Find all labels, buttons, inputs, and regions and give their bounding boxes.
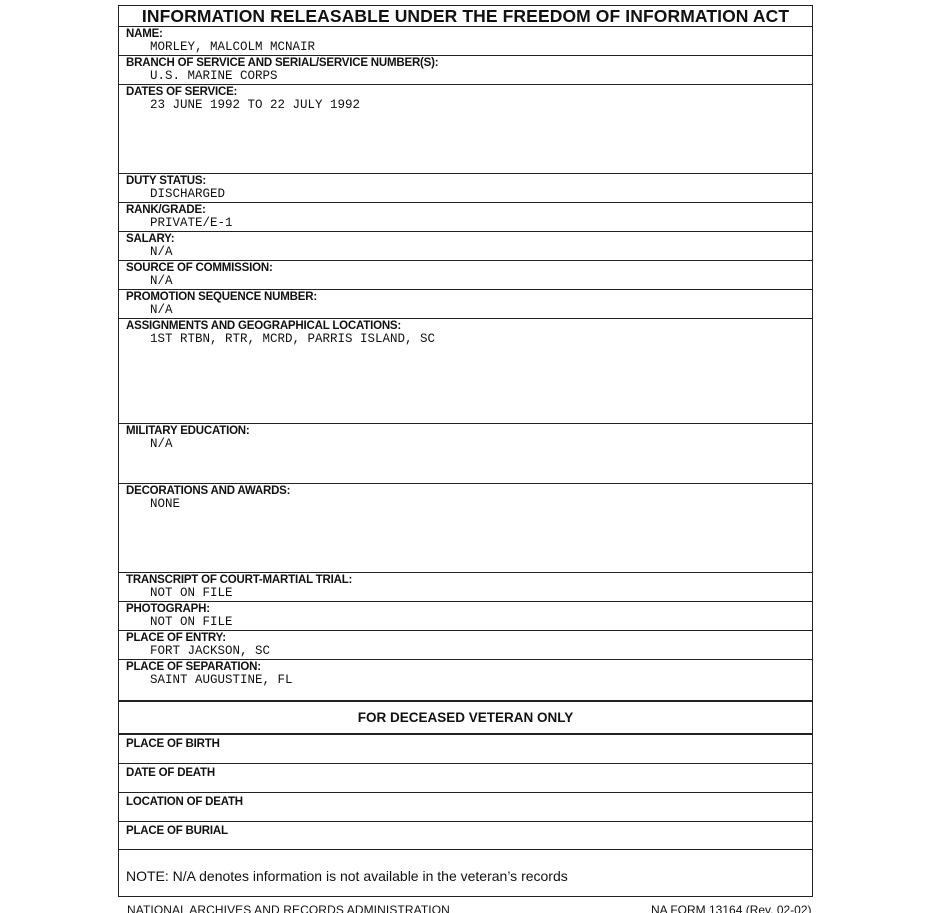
field-date-of-death: DATE OF DEATH (119, 764, 812, 793)
field-decorations-and-awards: DECORATIONS AND AWARDS: NONE (119, 484, 812, 573)
foia-release-form: INFORMATION RELEASABLE UNDER THE FREEDOM… (118, 5, 813, 897)
field-assignments: ASSIGNMENTS AND GEOGRAPHICAL LOCATIONS: … (119, 319, 812, 424)
field-location-of-death: LOCATION OF DEATH (119, 793, 812, 822)
field-label: NAME: (126, 28, 163, 40)
field-value: PRIVATE/E-1 (150, 216, 233, 230)
field-value: SAINT AUGUSTINE, FL (150, 673, 293, 687)
field-source-of-commission: SOURCE OF COMMISSION: N/A (119, 261, 812, 290)
field-value: NOT ON FILE (150, 586, 233, 600)
field-label: PLACE OF BURIAL (126, 825, 228, 837)
field-value: N/A (150, 437, 173, 451)
field-value: NONE (150, 497, 180, 511)
field-label: PLACE OF BIRTH (126, 738, 220, 750)
deceased-section-heading: FOR DECEASED VETERAN ONLY (119, 702, 812, 735)
field-place-of-birth: PLACE OF BIRTH (119, 735, 812, 764)
field-rank-grade: RANK/GRADE: PRIVATE/E-1 (119, 203, 812, 232)
field-label: RANK/GRADE: (126, 204, 206, 216)
field-label: DUTY STATUS: (126, 175, 206, 187)
field-promotion-sequence-number: PROMOTION SEQUENCE NUMBER: N/A (119, 290, 812, 319)
field-value: N/A (150, 303, 173, 317)
field-value: U.S. MARINE CORPS (150, 69, 278, 83)
field-place-of-burial: PLACE OF BURIAL (119, 822, 812, 850)
field-label: SOURCE OF COMMISSION: (126, 262, 273, 274)
form-title: INFORMATION RELEASABLE UNDER THE FREEDOM… (119, 6, 812, 27)
footer-form-id: NA FORM 13164 (Rev. 02-02) (651, 903, 812, 913)
footer-agency: NATIONAL ARCHIVES AND RECORDS ADMINISTRA… (127, 903, 450, 913)
field-value: N/A (150, 274, 173, 288)
field-place-of-entry: PLACE OF ENTRY: FORT JACKSON, SC (119, 631, 812, 660)
field-duty-status: DUTY STATUS: DISCHARGED (119, 174, 812, 203)
field-place-of-separation: PLACE OF SEPARATION: SAINT AUGUSTINE, FL (119, 660, 812, 702)
field-value: FORT JACKSON, SC (150, 644, 270, 658)
field-label: DECORATIONS AND AWARDS: (126, 485, 290, 497)
field-label: DATE OF DEATH (126, 767, 215, 779)
field-dates-of-service: DATES OF SERVICE: 23 JUNE 1992 TO 22 JUL… (119, 85, 812, 174)
field-value: N/A (150, 245, 173, 259)
field-label: PLACE OF ENTRY: (126, 632, 226, 644)
field-value: DISCHARGED (150, 187, 225, 201)
field-label: MILITARY EDUCATION: (126, 425, 250, 437)
field-label: BRANCH OF SERVICE AND SERIAL/SERVICE NUM… (126, 57, 438, 69)
field-label: DATES OF SERVICE: (126, 86, 237, 98)
field-label: LOCATION OF DEATH (126, 796, 243, 808)
field-label: TRANSCRIPT OF COURT-MARTIAL TRIAL: (126, 574, 352, 586)
field-label: PROMOTION SEQUENCE NUMBER: (126, 291, 317, 303)
note-section: NOTE: N/A denotes information is not ava… (119, 850, 812, 898)
field-military-education: MILITARY EDUCATION: N/A (119, 424, 812, 484)
field-label: SALARY: (126, 233, 174, 245)
field-label: PHOTOGRAPH: (126, 603, 210, 615)
field-label: ASSIGNMENTS AND GEOGRAPHICAL LOCATIONS: (126, 320, 401, 332)
field-salary: SALARY: N/A (119, 232, 812, 261)
field-name: NAME: MORLEY, MALCOLM MCNAIR (119, 27, 812, 56)
field-photograph: PHOTOGRAPH: NOT ON FILE (119, 602, 812, 631)
field-court-martial-transcript: TRANSCRIPT OF COURT-MARTIAL TRIAL: NOT O… (119, 573, 812, 602)
note-text: NOTE: N/A denotes information is not ava… (126, 868, 568, 884)
field-value: NOT ON FILE (150, 615, 233, 629)
field-value: MORLEY, MALCOLM MCNAIR (150, 40, 315, 54)
field-label: PLACE OF SEPARATION: (126, 661, 261, 673)
field-value: 23 JUNE 1992 TO 22 JULY 1992 (150, 98, 360, 112)
field-value: 1ST RTBN, RTR, MCRD, PARRIS ISLAND, SC (150, 332, 435, 346)
field-branch-of-service: BRANCH OF SERVICE AND SERIAL/SERVICE NUM… (119, 56, 812, 85)
